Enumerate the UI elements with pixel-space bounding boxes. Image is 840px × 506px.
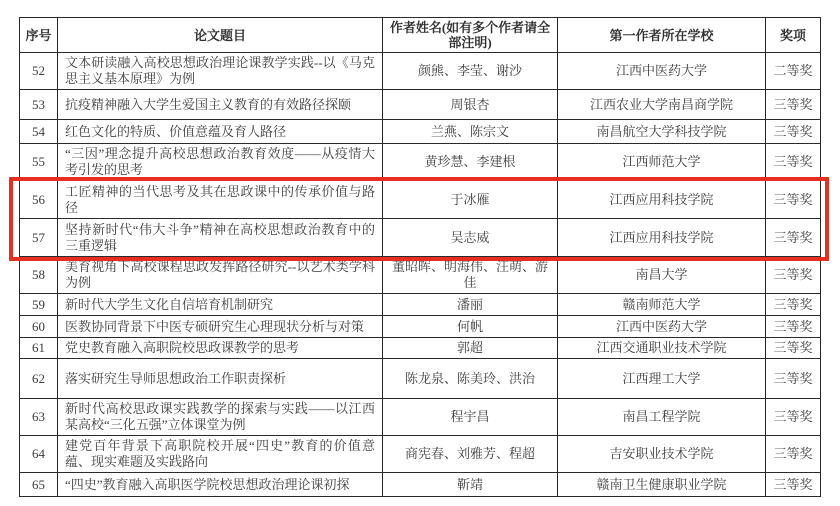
award: 三等奖 (766, 144, 821, 181)
authors: 郭超 (383, 338, 558, 359)
award: 三等奖 (766, 181, 821, 219)
table-row: 53 抗疫精神融入大学生爱国主义教育的有效路径探颐 周银杏 江西农业大学南昌商学… (20, 90, 821, 120)
authors: 何帆 (383, 316, 558, 338)
award: 三等奖 (766, 473, 821, 497)
header-row: 序号 论文题目 作者姓名(如有多个作者请全部注明) 第一作者所在学校 奖项 (20, 18, 821, 53)
school: 江西交通职业技术学院 (558, 338, 766, 359)
row-number: 53 (20, 90, 58, 120)
row-number: 55 (20, 144, 58, 181)
table-row: 58 美育视角下高校课程思政发挥路径研究--以艺术类学科为例 董昭晖、明海伟、汪… (20, 257, 821, 294)
row-number: 56 (20, 181, 58, 219)
authors: 程宇昌 (383, 399, 558, 436)
award: 三等奖 (766, 294, 821, 316)
table-row: 59 新时代大学生文化自信培育机制研究 潘丽 赣南师范大学 三等奖 (20, 294, 821, 316)
paper-title: 新时代高校思政课实践教学的探索与实践——以江西某高校“三化五强”立体课堂为例 (58, 399, 383, 436)
paper-title: 建党百年背景下高职院校开展“四史”教育的价值意蕴、现实难题及实践路向 (58, 436, 383, 473)
paper-title: 抗疫精神融入大学生爱国主义教育的有效路径探颐 (58, 90, 383, 120)
table-row: 65 “四史”教育融入高职医学院校思想政治理论课初探 靳靖 赣南卫生健康职业学院… (20, 473, 821, 497)
paper-title: “三因”理念提升高校思想政治教育效度——从疫情大考引发的思考 (58, 144, 383, 181)
header-num: 序号 (20, 18, 58, 53)
school: 江西应用科技学院 (558, 181, 766, 219)
row-number: 58 (20, 257, 58, 294)
school: 南昌工程学院 (558, 399, 766, 436)
table-row: 54 红色文化的特质、价值意蕴及育人路径 兰燕、陈宗文 南昌航空大学科技学院 三… (20, 120, 821, 144)
row-number: 65 (20, 473, 58, 497)
authors: 于冰雁 (383, 181, 558, 219)
school: 江西师范大学 (558, 144, 766, 181)
table-row: 63 新时代高校思政课实践教学的探索与实践——以江西某高校“三化五强”立体课堂为… (20, 399, 821, 436)
authors: 黄珍慧、李建根 (383, 144, 558, 181)
row-number: 63 (20, 399, 58, 436)
school: 赣南卫生健康职业学院 (558, 473, 766, 497)
award: 三等奖 (766, 90, 821, 120)
paper-title: 工匠精神的当代思考及其在思政课中的传承价值与路径 (58, 181, 383, 219)
school: 江西应用科技学院 (558, 219, 766, 257)
authors: 兰燕、陈宗文 (383, 120, 558, 144)
award: 三等奖 (766, 436, 821, 473)
paper-title: 美育视角下高校课程思政发挥路径研究--以艺术类学科为例 (58, 257, 383, 294)
award: 三等奖 (766, 257, 821, 294)
row-number: 52 (20, 53, 58, 90)
award: 三等奖 (766, 120, 821, 144)
table-row: 55 “三因”理念提升高校思想政治教育效度——从疫情大考引发的思考 黄珍慧、李建… (20, 144, 821, 181)
school: 南昌大学 (558, 257, 766, 294)
award: 二等奖 (766, 53, 821, 90)
paper-title: 落实研究生导师思想政治工作职责探析 (58, 359, 383, 399)
row-number: 61 (20, 338, 58, 359)
row-number: 54 (20, 120, 58, 144)
document-page: 序号 论文题目 作者姓名(如有多个作者请全部注明) 第一作者所在学校 奖项 52… (0, 0, 840, 506)
paper-title: 党史教育融入高职院校思政课教学的思考 (58, 338, 383, 359)
authors: 颜熊、李莹、谢沙 (383, 53, 558, 90)
row-number: 62 (20, 359, 58, 399)
paper-title: 红色文化的特质、价值意蕴及育人路径 (58, 120, 383, 144)
school: 江西中医药大学 (558, 316, 766, 338)
table-row: 64 建党百年背景下高职院校开展“四史”教育的价值意蕴、现实难题及实践路向 商宪… (20, 436, 821, 473)
paper-title: 新时代大学生文化自信培育机制研究 (58, 294, 383, 316)
authors: 吴志威 (383, 219, 558, 257)
award: 三等奖 (766, 219, 821, 257)
paper-title: “四史”教育融入高职医学院校思想政治理论课初探 (58, 473, 383, 497)
header-school: 第一作者所在学校 (558, 18, 766, 53)
award: 三等奖 (766, 359, 821, 399)
header-authors: 作者姓名(如有多个作者请全部注明) (383, 18, 558, 53)
award: 三等奖 (766, 316, 821, 338)
table-row: 52 文本研读融入高校思想政治理论课教学实践--以《马克思主义基本原理》为例 颜… (20, 53, 821, 90)
authors: 潘丽 (383, 294, 558, 316)
award: 三等奖 (766, 399, 821, 436)
authors: 周银杏 (383, 90, 558, 120)
authors: 商宪春、刘雅芳、程超 (383, 436, 558, 473)
school: 江西理工大学 (558, 359, 766, 399)
header-award: 奖项 (766, 18, 821, 53)
table-row: 60 医教协同背景下中医专硕研究生心理现状分析与对策 何帆 江西中医药大学 三等… (20, 316, 821, 338)
row-number: 64 (20, 436, 58, 473)
paper-title: 医教协同背景下中医专硕研究生心理现状分析与对策 (58, 316, 383, 338)
row-number: 59 (20, 294, 58, 316)
table-row: 62 落实研究生导师思想政治工作职责探析 陈龙泉、陈美玲、洪治 江西理工大学 三… (20, 359, 821, 399)
school: 南昌航空大学科技学院 (558, 120, 766, 144)
award: 三等奖 (766, 338, 821, 359)
row-number: 57 (20, 219, 58, 257)
paper-title: 文本研读融入高校思想政治理论课教学实践--以《马克思主义基本原理》为例 (58, 53, 383, 90)
authors: 董昭晖、明海伟、汪萌、游佳 (383, 257, 558, 294)
school: 吉安职业技术学院 (558, 436, 766, 473)
table-row-highlighted: 57 坚持新时代“伟大斗争”精神在高校思想政治教育中的三重逻辑 吴志威 江西应用… (20, 219, 821, 257)
authors: 靳靖 (383, 473, 558, 497)
table-row-highlighted: 56 工匠精神的当代思考及其在思政课中的传承价值与路径 于冰雁 江西应用科技学院… (20, 181, 821, 219)
school: 赣南师范大学 (558, 294, 766, 316)
school: 江西农业大学南昌商学院 (558, 90, 766, 120)
authors: 陈龙泉、陈美玲、洪治 (383, 359, 558, 399)
row-number: 60 (20, 316, 58, 338)
table-row: 61 党史教育融入高职院校思政课教学的思考 郭超 江西交通职业技术学院 三等奖 (20, 338, 821, 359)
awards-table: 序号 论文题目 作者姓名(如有多个作者请全部注明) 第一作者所在学校 奖项 52… (19, 17, 821, 497)
school: 江西中医药大学 (558, 53, 766, 90)
header-title: 论文题目 (58, 18, 383, 53)
paper-title: 坚持新时代“伟大斗争”精神在高校思想政治教育中的三重逻辑 (58, 219, 383, 257)
